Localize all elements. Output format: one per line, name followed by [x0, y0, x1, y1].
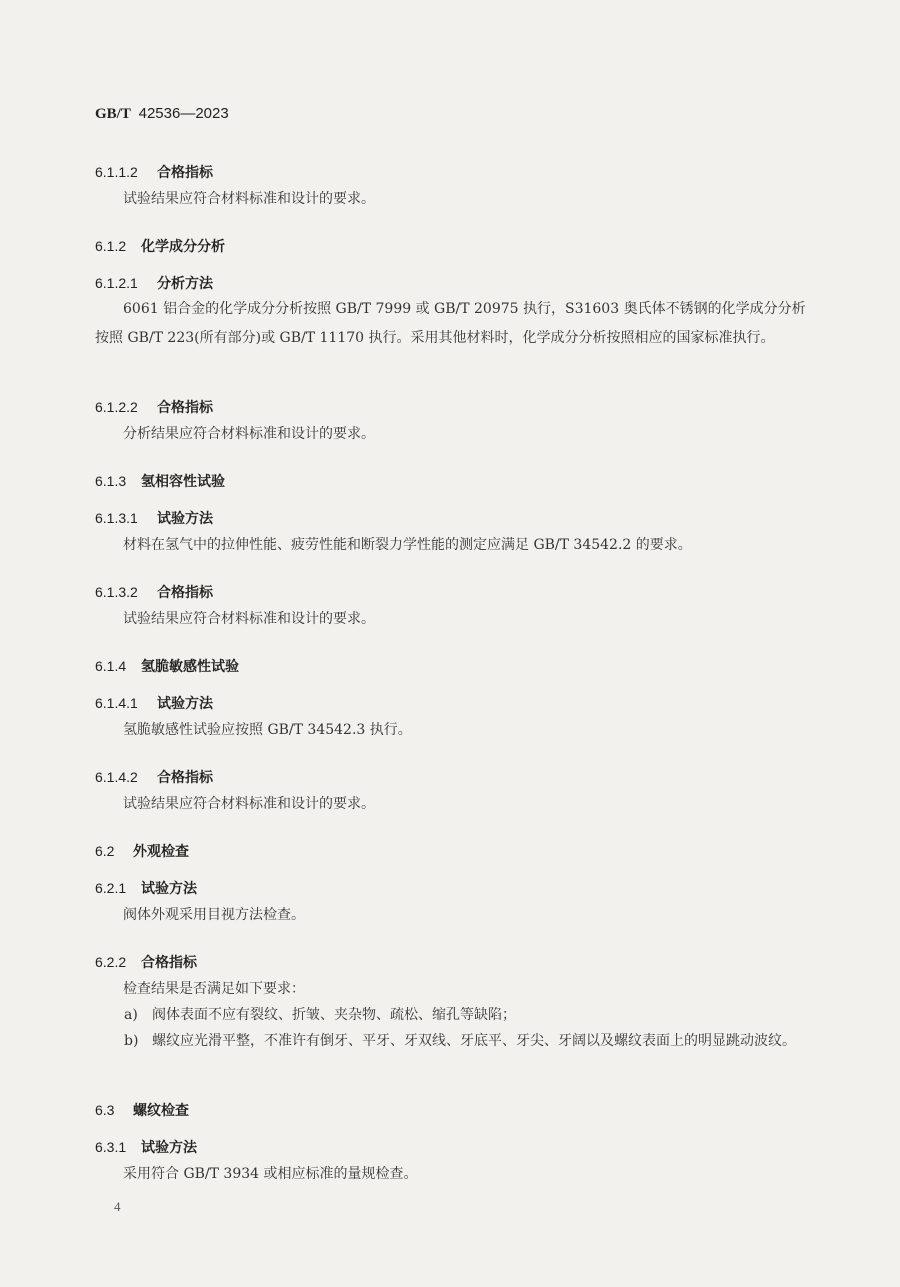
body-paragraph: 试验结果应符合材料标准和设计的要求。	[95, 185, 815, 214]
section-number: 6.3.1	[95, 1139, 141, 1155]
section-number: 6.1.4	[95, 658, 141, 674]
section-title: 分析方法	[157, 276, 213, 292]
section-heading: 6.1.1.2合格指标	[95, 162, 213, 182]
list-item-text: 阀体表面不应有裂纹、折皱、夹杂物、疏松、缩孔等缺陷；	[152, 1001, 816, 1030]
section-heading: 6.1.3.2合格指标	[95, 582, 213, 602]
body-paragraph: 氢脆敏感性试验应按照 GB/T 34542.3 执行。	[95, 716, 815, 745]
section-number: 6.1.4.2	[95, 769, 157, 785]
section-heading: 6.1.3.1试验方法	[95, 508, 213, 528]
section-number: 6.2.2	[95, 954, 141, 970]
standard-prefix: GB/T	[95, 106, 131, 122]
document-page: GB/T 42536—2023 6.1.1.2合格指标6.1.2化学成分分析6.…	[0, 0, 900, 1287]
list-marker: a)	[124, 1001, 138, 1030]
body-paragraph: 材料在氢气中的拉伸性能、疲劳性能和断裂力学性能的测定应满足 GB/T 34542…	[95, 531, 815, 560]
section-number: 6.1.2.2	[95, 399, 157, 415]
section-heading: 6.1.3氢相容性试验	[95, 471, 225, 491]
section-heading: 6.2.1试验方法	[95, 878, 197, 898]
standard-number: 42536—2023	[139, 105, 229, 122]
section-number: 6.2.1	[95, 880, 141, 896]
list-item-text: 螺纹应光滑平整，不准许有倒牙、平牙、牙双线、牙底平、牙尖、牙阔以及螺纹表面上的明…	[152, 1027, 816, 1056]
section-title: 试验方法	[141, 881, 197, 897]
section-number: 6.1.1.2	[95, 164, 157, 180]
body-paragraph: 采用符合 GB/T 3934 或相应标准的量规检查。	[95, 1160, 815, 1189]
section-title: 外观检查	[133, 844, 189, 860]
section-title: 螺纹检查	[133, 1103, 189, 1119]
section-number: 6.1.2.1	[95, 275, 157, 291]
section-number: 6.1.3.1	[95, 510, 157, 526]
standard-code: GB/T 42536—2023	[95, 105, 229, 123]
section-title: 氢脆敏感性试验	[141, 659, 239, 675]
section-heading: 6.1.2.2合格指标	[95, 397, 213, 417]
body-paragraph: 6061 铝合金的化学成分分析按照 GB/T 7999 或 GB/T 20975…	[95, 295, 815, 353]
section-title: 试验方法	[157, 696, 213, 712]
section-title: 合格指标	[157, 400, 213, 416]
body-paragraph: 试验结果应符合材料标准和设计的要求。	[95, 790, 815, 819]
body-paragraph: 阀体外观采用目视方法检查。	[95, 901, 815, 930]
section-number: 6.1.3	[95, 473, 141, 489]
section-heading: 6.3螺纹检查	[95, 1100, 189, 1120]
section-heading: 6.2外观检查	[95, 841, 189, 861]
section-title: 合格指标	[157, 770, 213, 786]
section-number: 6.2	[95, 843, 133, 859]
section-title: 氢相容性试验	[141, 474, 225, 490]
section-title: 试验方法	[141, 1140, 197, 1156]
section-title: 合格指标	[157, 585, 213, 601]
page-number: 4	[114, 1199, 121, 1215]
section-heading: 6.1.4.2合格指标	[95, 767, 213, 787]
body-paragraph: 分析结果应符合材料标准和设计的要求。	[95, 420, 815, 449]
section-heading: 6.2.2合格指标	[95, 952, 197, 972]
section-number: 6.3	[95, 1102, 133, 1118]
section-heading: 6.3.1试验方法	[95, 1137, 197, 1157]
list-marker: b)	[124, 1027, 138, 1056]
body-paragraph: 试验结果应符合材料标准和设计的要求。	[95, 605, 815, 634]
section-heading: 6.1.2.1分析方法	[95, 273, 213, 293]
section-title: 试验方法	[157, 511, 213, 527]
section-title: 合格指标	[157, 165, 213, 181]
section-heading: 6.1.4氢脆敏感性试验	[95, 656, 239, 676]
section-number: 6.1.2	[95, 238, 141, 254]
body-paragraph: 检查结果是否满足如下要求：	[95, 975, 815, 1004]
list-item: b)螺纹应光滑平整，不准许有倒牙、平牙、牙双线、牙底平、牙尖、牙阔以及螺纹表面上…	[126, 1027, 816, 1056]
list-item: a)阀体表面不应有裂纹、折皱、夹杂物、疏松、缩孔等缺陷；	[126, 1001, 816, 1030]
section-number: 6.1.3.2	[95, 584, 157, 600]
section-heading: 6.1.2化学成分分析	[95, 236, 225, 256]
section-title: 化学成分分析	[141, 239, 225, 255]
section-title: 合格指标	[141, 955, 197, 971]
section-heading: 6.1.4.1试验方法	[95, 693, 213, 713]
section-number: 6.1.4.1	[95, 695, 157, 711]
